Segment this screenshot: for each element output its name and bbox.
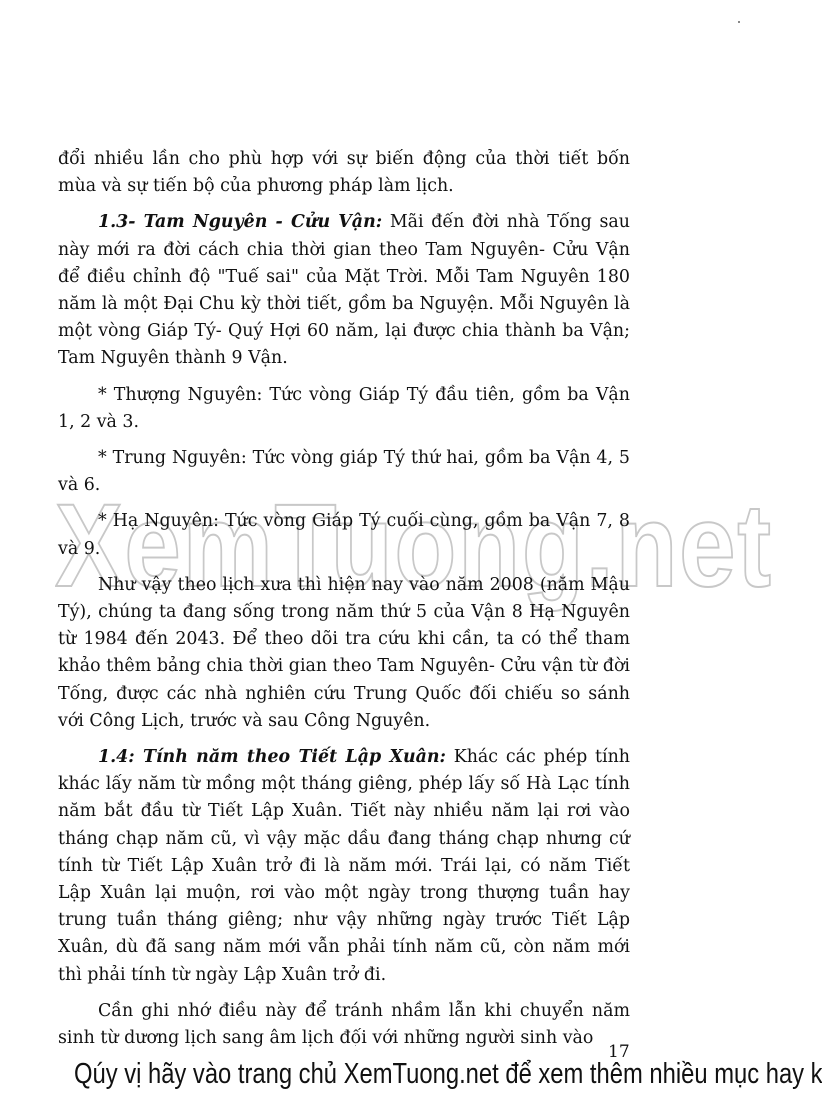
paragraph-text: đổi nhiều lần cho phù hợp với sự biến độ…: [58, 149, 630, 196]
paragraph-thuong-nguyen: * Thượng Nguyên: Tức vòng Giáp Tý đầu ti…: [58, 382, 630, 436]
paragraph-section-1-4: 1.4: Tính năm theo Tiết Lập Xuân: Khác c…: [58, 744, 630, 989]
section-heading-1-3: 1.3- Tam Nguyên - Cửu Vận:: [98, 212, 382, 232]
paragraph-nhu-vay: Như vậy theo lịch xưa thì hiện nay vào n…: [58, 572, 630, 735]
paragraph-can-ghi-nho: Cần ghi nhớ điều này để tránh nhầm lẫn k…: [58, 998, 630, 1052]
section-heading-1-4: 1.4: Tính năm theo Tiết Lập Xuân:: [98, 747, 446, 767]
paragraph-ha-nguyen: * Hạ Nguyên: Tức vòng Giáp Tý cuối cùng,…: [58, 508, 630, 562]
paragraph-text: * Trung Nguyên: Tức vòng giáp Tý thứ hai…: [58, 448, 630, 495]
paragraph-text: * Hạ Nguyên: Tức vòng Giáp Tý cuối cùng,…: [58, 511, 630, 558]
paragraph-text: Khác các phép tính khác lấy năm từ mồng …: [58, 747, 630, 985]
paragraph-trung-nguyen: * Trung Nguyên: Tức vòng giáp Tý thứ hai…: [58, 445, 630, 499]
content: đổi nhiều lần cho phù hợp với sự biến độ…: [58, 146, 630, 1052]
paragraph-intro: đổi nhiều lần cho phù hợp với sự biến độ…: [58, 146, 630, 200]
paragraph-section-1-3: 1.3- Tam Nguyên - Cửu Vận: Mãi đến đời n…: [58, 209, 630, 372]
scan-speck: [738, 21, 740, 23]
paragraph-text: Cần ghi nhớ điều này để tránh nhầm lẫn k…: [58, 1001, 630, 1048]
paragraph-text: Mãi đến đời nhà Tống sau này mới ra đời …: [58, 212, 630, 368]
footer-promo-text: Qúy vị hãy vào trang chủ XemTuong.net để…: [74, 1058, 748, 1091]
paragraph-text: * Thượng Nguyên: Tức vòng Giáp Tý đầu ti…: [58, 385, 630, 432]
page-body: đổi nhiều lần cho phù hợp với sự biến độ…: [58, 146, 630, 1061]
paragraph-text: Như vậy theo lịch xưa thì hiện nay vào n…: [58, 575, 630, 731]
